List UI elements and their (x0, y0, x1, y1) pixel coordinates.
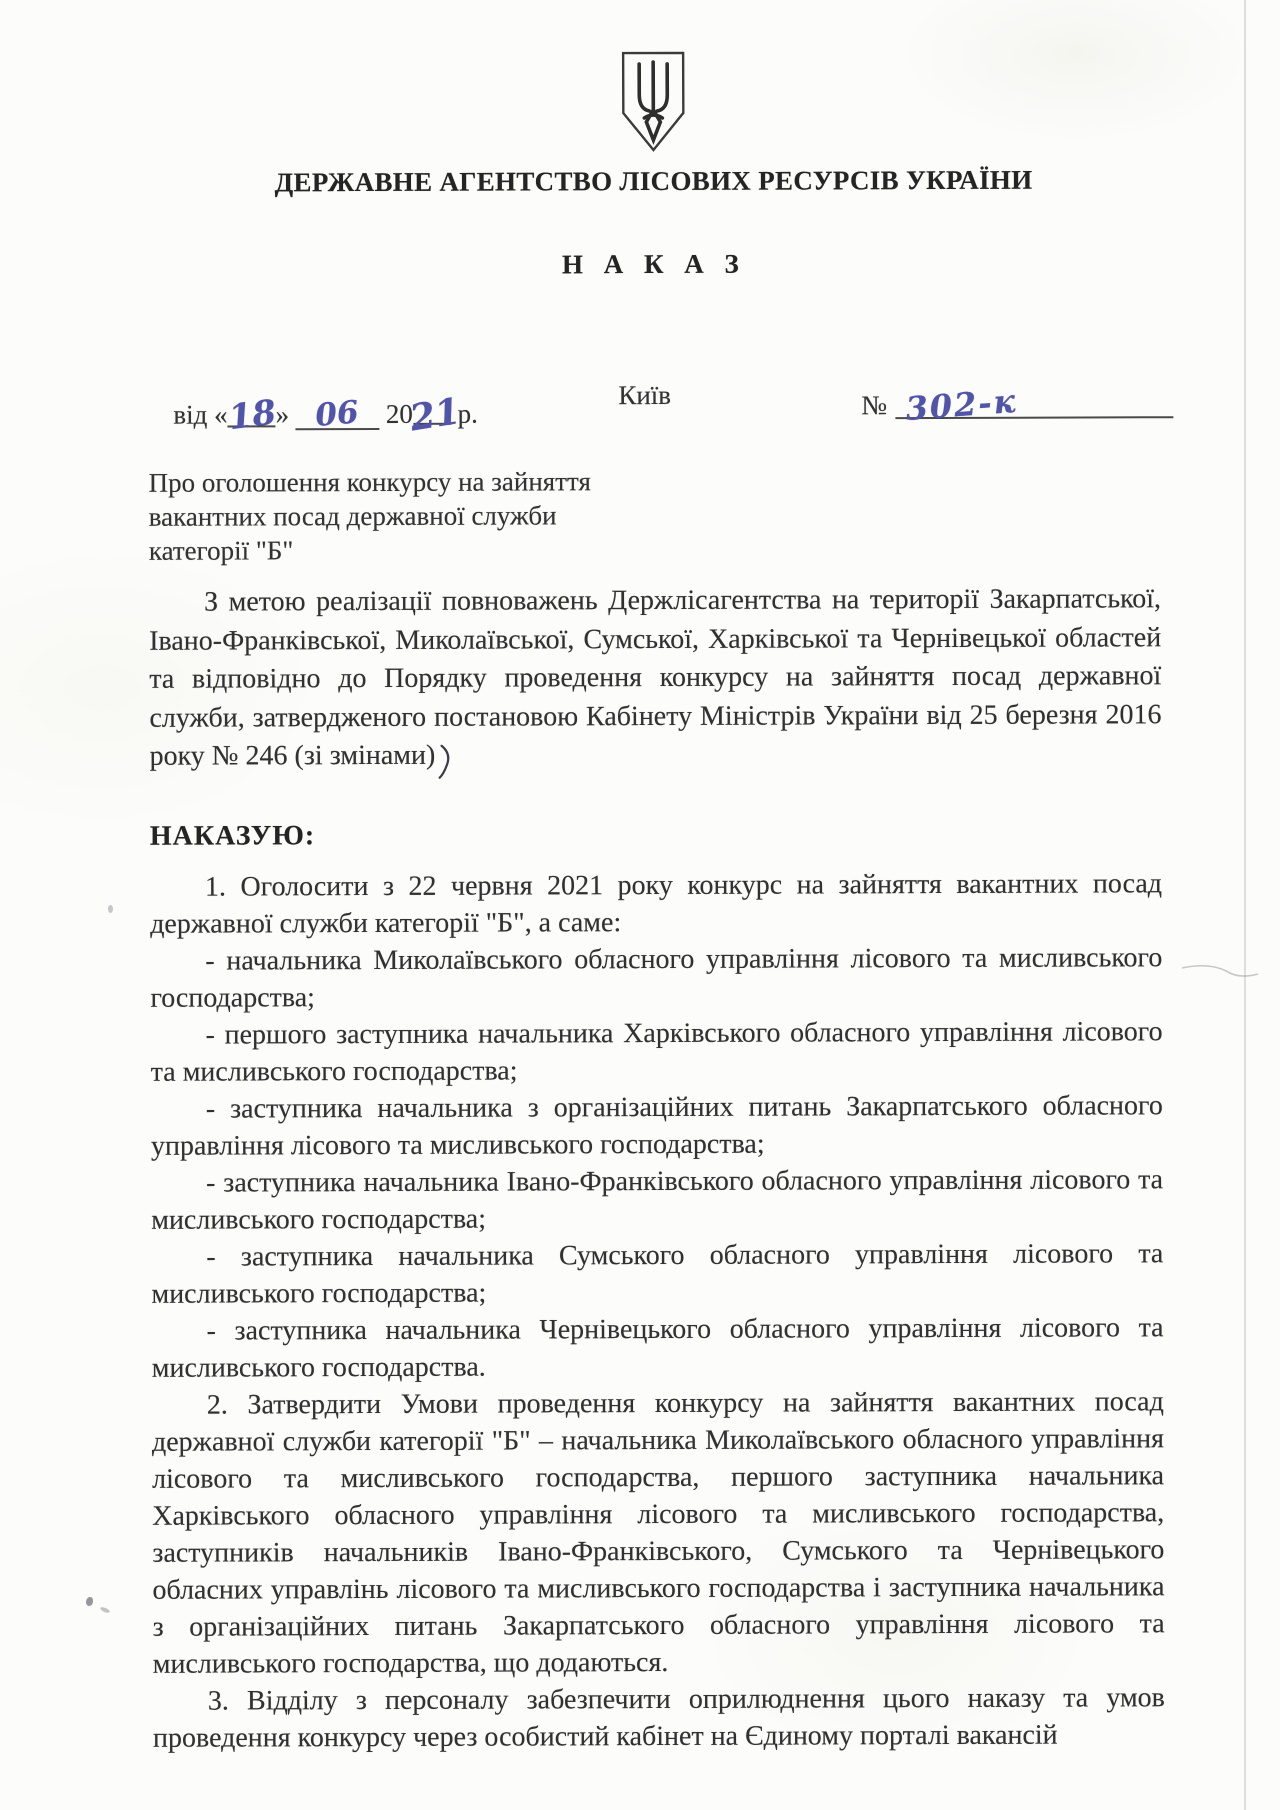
order-bullet: - першого заступника начальника Харківсь… (150, 1013, 1162, 1091)
scanned-order-page: ДЕРЖАВНЕ АГЕНТСТВО ЛІСОВИХ РЕСУРСІВ УКРА… (0, 0, 1280, 1810)
number-label: № (861, 390, 887, 420)
handwritten-year: 21 (407, 393, 462, 437)
handwritten-month: 06 (314, 397, 360, 432)
ink-speck (86, 1597, 93, 1606)
order-item-3: 3. Відділу з персоналу забезпечити оприл… (153, 1679, 1165, 1757)
ukraine-trident-emblem-icon (618, 50, 688, 154)
preamble-paragraph: З метою реалізації повноважень Держлісаг… (149, 580, 1162, 781)
date-day-underline: 18 (228, 395, 276, 427)
stray-pen-mark (1180, 960, 1260, 984)
order-bullet: - заступника начальника Чернівецького об… (152, 1309, 1164, 1387)
subject-line: Про оголошення конкурсу на зайняття (149, 464, 749, 500)
order-bullet: - заступника начальника Сумського обласн… (151, 1235, 1163, 1313)
date-line: від «18»06 2021 р. (173, 393, 478, 431)
date-year-underline: 21 (413, 393, 451, 425)
handwritten-number: 302-к (904, 385, 1018, 425)
subject-block: Про оголошення конкурсу на зайняття вака… (149, 464, 749, 568)
meta-row: від «18»06 2021 р. Київ №302-к (148, 376, 1160, 440)
subject-line: категорії "Б" (149, 532, 749, 568)
date-prefix: від « (173, 399, 227, 429)
order-bullet: - начальника Миколаївського обласного уп… (150, 939, 1162, 1017)
order-word: НАКАЗУЮ: (150, 817, 1162, 853)
number-underline: 302-к (895, 386, 1173, 419)
order-item-1: 1. Оголосити з 22 червня 2021 року конку… (150, 865, 1162, 943)
ink-speck (108, 905, 113, 913)
document-type-title: Н А К А З (148, 247, 1160, 282)
city-label: Київ (618, 380, 671, 411)
handwritten-day: 18 (226, 396, 277, 436)
document-number: №302-к (861, 386, 1173, 421)
date-close-quote: » (276, 399, 290, 429)
pen-flourish-mark (437, 744, 453, 780)
agency-name: ДЕРЖАВНЕ АГЕНТСТВО ЛІСОВИХ РЕСУРСІВ УКРА… (148, 164, 1160, 199)
scan-edge-line (1244, 0, 1246, 1810)
document-content: ДЕРЖАВНЕ АГЕНТСТВО ЛІСОВИХ РЕСУРСІВ УКРА… (147, 0, 1165, 1757)
order-bullet: - заступника начальника з організаційних… (151, 1087, 1163, 1165)
preamble-text: З метою реалізації повноважень Держлісаг… (149, 583, 1161, 772)
date-month-underline: 06 (295, 398, 379, 430)
order-bullet: - заступника начальника Івано-Франківськ… (151, 1161, 1163, 1239)
subject-line: вакантних посад державної служби (149, 498, 749, 534)
ink-speck (100, 1606, 111, 1614)
order-item-2: 2. Затвердити Умови проведення конкурсу … (152, 1383, 1165, 1683)
